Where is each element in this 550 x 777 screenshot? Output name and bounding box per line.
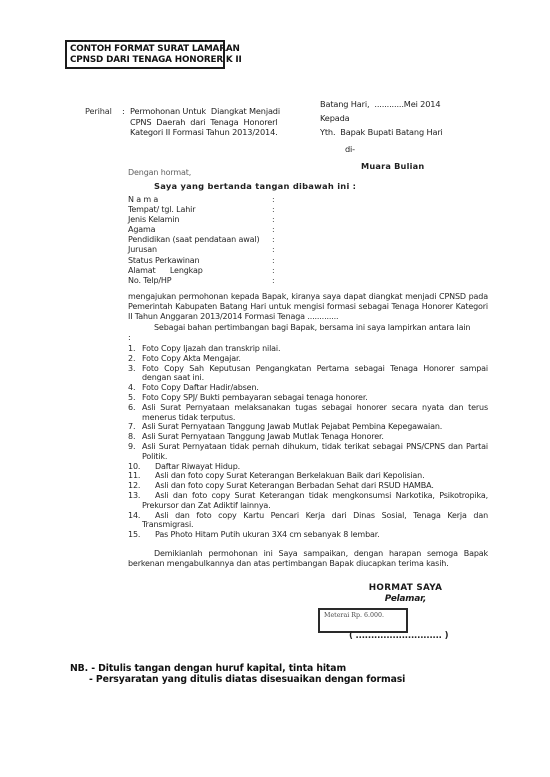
list-item: 8. Asli Surat Pernyataan Tanggung Jawab …: [128, 432, 488, 442]
item-number: 3.: [128, 364, 142, 384]
perihal-text-line: Permohonan Untuk Diangkat Menjadi: [130, 106, 312, 117]
item-text: Foto Copy SPJ/ Bukti pembayaran sebagai …: [142, 393, 488, 403]
item-text: Asli Surat Pernyataan Tanggung Jawab Mut…: [142, 432, 488, 442]
letter-body: Dengan hormat, Saya yang bertanda tangan…: [128, 168, 488, 570]
list-item: 10. Daftar Riwayat Hidup.: [128, 462, 488, 472]
perihal-label: Perihal: [85, 106, 122, 138]
item-text: Foto Copy Sah Keputusan Pengangkatan Per…: [142, 364, 488, 384]
field-label: N a m a: [128, 195, 270, 205]
item-number: 10.: [128, 462, 142, 472]
attachments-colon: :: [128, 333, 488, 343]
item-text: Foto Copy Ijazah dan transkrip nilai.: [142, 344, 488, 354]
field-colon: :: [272, 215, 275, 225]
field-label: Pendidikan (saat pendataan awal): [128, 235, 270, 245]
field-label: No. Telp/HP: [128, 276, 270, 286]
item-number: 1.: [128, 344, 142, 354]
item-number: 5.: [128, 393, 142, 403]
paragraph-attachments-intro: Sebagai bahan pertimbangan bagi Bapak, b…: [128, 323, 488, 333]
list-item: 4. Foto Copy Daftar Hadir/absen.: [128, 383, 488, 393]
field-label: Agama: [128, 225, 270, 235]
perihal-text: Permohonan Untuk Diangkat Menjadi CPNS D…: [130, 106, 312, 138]
signature-role: Pelamar,: [348, 594, 463, 604]
kepada-line: Kepada: [320, 111, 510, 125]
perihal-block: Perihal : Permohonan Untuk Diangkat Menj…: [85, 106, 312, 138]
field-colon: :: [272, 205, 275, 215]
signature-name-line: ( ............................ ): [349, 631, 448, 641]
item-number: 12.: [128, 481, 142, 491]
perihal-text-line: Kategori II Formasi Tahun 2013/2014.: [130, 127, 312, 138]
item-number: 7.: [128, 422, 142, 432]
signature-heading: HORMAT SAYA: [348, 583, 463, 593]
field-colon: :: [272, 235, 275, 245]
field-label: Jenis Kelamin: [128, 215, 270, 225]
item-number: 2.: [128, 354, 142, 364]
item-text: Asli Surat Pernyataan melaksanakan tugas…: [142, 403, 488, 423]
form-fields: N a m a : Tempat/ tgl. Lahir : Jenis Kel…: [128, 195, 488, 286]
salutation: Dengan hormat,: [128, 168, 488, 178]
field-row: Status Perkawinan :: [128, 256, 488, 266]
list-item: 9. Asli Surat Pernyataan tidak pernah di…: [128, 442, 488, 462]
meterai-stamp-box: Meterai Rp. 6.000.: [318, 608, 408, 633]
nb-line1: NB. - Ditulis tangan dengan huruf kapita…: [70, 663, 405, 674]
field-row: N a m a :: [128, 195, 488, 205]
item-text: Foto Copy Akta Mengajar.: [142, 354, 488, 364]
field-colon: :: [272, 256, 275, 266]
item-text: Pas Photo Hitam Putih ukuran 3X4 cm seba…: [142, 530, 488, 540]
item-number: 6.: [128, 403, 142, 423]
item-text: Asli dan foto copy Surat Keterangan tida…: [142, 491, 488, 511]
header-line2: CPNSD DARI TENAGA HONORER K II: [70, 55, 220, 66]
field-row: Pendidikan (saat pendataan awal) :: [128, 235, 488, 245]
field-row: Agama :: [128, 225, 488, 235]
item-text: Asli Surat Pernyataan tidak pernah dihuk…: [142, 442, 488, 462]
item-text: Asli Surat Pernyataan Tanggung Jawab Mut…: [142, 422, 488, 432]
list-item: 11. Asli dan foto copy Surat Keterangan …: [128, 471, 488, 481]
field-colon: :: [272, 266, 275, 276]
field-colon: :: [272, 225, 275, 235]
item-number: 9.: [128, 442, 142, 462]
field-colon: :: [272, 245, 275, 255]
attachment-list: 1. Foto Copy Ijazah dan transkrip nilai.…: [128, 344, 488, 540]
list-item: 3. Foto Copy Sah Keputusan Pengangkatan …: [128, 364, 488, 384]
paragraph-request: mengajukan permohonan kepada Bapak, kira…: [128, 292, 488, 323]
item-number: 14.: [128, 511, 142, 531]
meterai-label: Meterai Rp. 6.000.: [324, 612, 384, 619]
nb-line2: - Persyaratan yang ditulis diatas disesu…: [70, 674, 405, 685]
di-line: di-: [320, 142, 510, 156]
date-line: Batang Hari, ............Mei 2014: [320, 97, 510, 111]
field-label: Status Perkawinan: [128, 256, 270, 266]
list-item: 7. Asli Surat Pernyataan Tanggung Jawab …: [128, 422, 488, 432]
list-item: 13. Asli dan foto copy Surat Keterangan …: [128, 491, 488, 511]
item-number: 4.: [128, 383, 142, 393]
list-item: 5. Foto Copy SPJ/ Bukti pembayaran sebag…: [128, 393, 488, 403]
item-text: Asli dan foto copy Kartu Pencari Kerja d…: [142, 511, 488, 531]
paragraph-closing: Demikianlah permohonan ini Saya sampaika…: [128, 549, 488, 570]
item-text: Asli dan foto copy Surat Keterangan Berk…: [142, 471, 488, 481]
perihal-text-line: CPNS Daerah dari Tenaga Honorerl: [130, 117, 312, 128]
perihal-colon: :: [122, 106, 130, 138]
list-item: 14. Asli dan foto copy Kartu Pencari Ker…: [128, 511, 488, 531]
item-number: 13.: [128, 491, 142, 511]
field-row: Jurusan :: [128, 245, 488, 255]
item-number: 11.: [128, 471, 142, 481]
field-row: Tempat/ tgl. Lahir :: [128, 205, 488, 215]
list-item: 2. Foto Copy Akta Mengajar.: [128, 354, 488, 364]
letter-page: CONTOH FORMAT SURAT LAMARAN CPNSD DARI T…: [0, 0, 550, 777]
list-item: 6. Asli Surat Pernyataan melaksanakan tu…: [128, 403, 488, 423]
intro-line: Saya yang bertanda tangan dibawah ini :: [128, 181, 488, 191]
item-text: Asli dan foto copy Surat Keterangan Berb…: [142, 481, 488, 491]
list-item: 15. Pas Photo Hitam Putih ukuran 3X4 cm …: [128, 530, 488, 540]
yth-line: Yth. Bapak Bupati Batang Hari: [320, 125, 510, 139]
item-number: 8.: [128, 432, 142, 442]
item-text: Daftar Riwayat Hidup.: [142, 462, 488, 472]
field-row: No. Telp/HP :: [128, 276, 488, 286]
field-row: Jenis Kelamin :: [128, 215, 488, 225]
address-block: Batang Hari, ............Mei 2014 Kepada…: [320, 97, 510, 173]
field-colon: :: [272, 195, 275, 205]
item-number: 15.: [128, 530, 142, 540]
header-box: CONTOH FORMAT SURAT LAMARAN CPNSD DARI T…: [65, 40, 225, 69]
field-label: Alamat Lengkap: [128, 266, 270, 276]
list-item: 12. Asli dan foto copy Surat Keterangan …: [128, 481, 488, 491]
item-text: Foto Copy Daftar Hadir/absen.: [142, 383, 488, 393]
field-colon: :: [272, 276, 275, 286]
nb-footer: NB. - Ditulis tangan dengan huruf kapita…: [70, 663, 405, 685]
header-line1: CONTOH FORMAT SURAT LAMARAN: [70, 44, 220, 55]
field-label: Tempat/ tgl. Lahir: [128, 205, 270, 215]
field-row: Alamat Lengkap :: [128, 266, 488, 276]
list-item: 1. Foto Copy Ijazah dan transkrip nilai.: [128, 344, 488, 354]
field-label: Jurusan: [128, 245, 270, 255]
